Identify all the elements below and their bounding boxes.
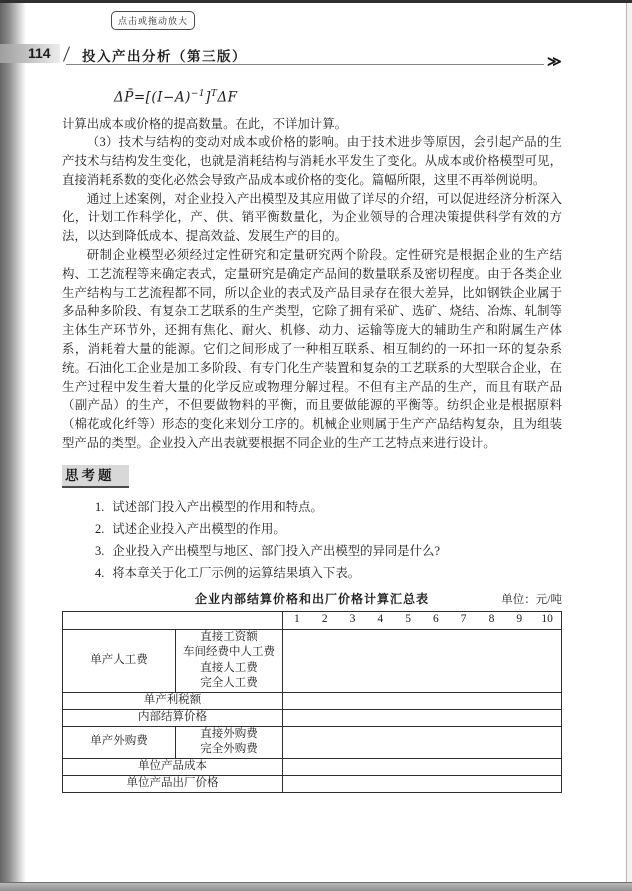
row-group-label: 单产外购费 [63, 726, 176, 758]
column-number: 4 [366, 612, 394, 628]
empty-data-cell[interactable] [283, 726, 562, 758]
column-number: 1 [283, 612, 311, 628]
column-number: 8 [478, 612, 506, 628]
running-head-title: 投入产出分析（第三版） [82, 45, 247, 65]
column-numbers-cell: 1 2 3 4 5 6 7 8 9 10 [283, 611, 562, 629]
row-label: 完全人工费 [176, 676, 282, 692]
question-number: 1. [95, 500, 104, 514]
page-right-margin [627, 3, 632, 883]
row-label: 直接外购费 [176, 727, 282, 743]
question-text: 将本章关于化工厂示例的运算结果填入下表。 [112, 566, 360, 580]
body-paragraph: 研制企业模型必须经过定性研究和定量研究两个阶段。定性研究是根据企业的生产结构、工… [62, 246, 562, 453]
column-number: 10 [533, 612, 561, 628]
question-item: 2.试述企业投入产出模型的作用。 [62, 518, 562, 540]
question-text: 试述企业投入产出模型的作用。 [112, 522, 285, 536]
column-number: 5 [394, 612, 422, 628]
table-row: 单产利税额 [63, 692, 562, 709]
formula-pre: ΔP̄=[(I−A) [114, 90, 191, 106]
body-paragraph: 计算出成本或价格的提高数量。在此，不详加计算。 [62, 115, 562, 134]
question-item: 4.将本章关于化工厂示例的运算结果填入下表。 [62, 562, 562, 584]
book-scan-viewer: { "viewer": { "zoom_hint": "点击或拖动放大" }, … [0, 0, 632, 891]
question-list: 1.试述部门投入产出模型的作用和特点。 2.试述企业投入产出模型的作用。 3.企… [62, 496, 562, 584]
table-row: 单产人工费 直接工资额 车间经费中人工费 直接人工费 完全人工费 [63, 629, 562, 692]
page-left-shadow [0, 3, 26, 883]
table-unit-label: 单位：元/吨 [501, 591, 562, 610]
page-content[interactable]: ΔP̄=[(I−A)−1]TΔF 计算出成本或价格的提高数量。在此，不详加计算。… [62, 84, 562, 793]
header-separator [63, 46, 70, 61]
formula-exponent-inverse: −1 [191, 89, 205, 99]
row-sub-labels: 直接工资额 车间经费中人工费 直接人工费 完全人工费 [176, 629, 283, 692]
empty-data-cell[interactable] [283, 758, 562, 775]
page-top-edge [0, 0, 632, 3]
price-summary-table: 1 2 3 4 5 6 7 8 9 10 单 [62, 611, 562, 793]
row-sub-labels: 直接外购费 完全外购费 [176, 726, 283, 758]
page-bottom-shadow [0, 882, 632, 891]
column-number: 2 [311, 612, 339, 628]
row-label: 内部结算价格 [63, 709, 283, 726]
empty-data-cell[interactable] [283, 692, 562, 709]
question-number: 2. [95, 522, 104, 536]
column-numbers: 1 2 3 4 5 6 7 8 9 10 [283, 612, 561, 629]
row-group-label: 单产人工费 [63, 629, 176, 692]
empty-data-cell[interactable] [283, 629, 562, 692]
body-paragraph: 通过上述案例，对企业投入产出模型及其应用做了详尽的介绍，可以促进经济分析深入化，… [62, 190, 562, 246]
header-rule [66, 64, 544, 65]
row-label: 单位产品出厂价格 [63, 775, 283, 792]
question-text: 试述部门投入产出模型的作用和特点。 [112, 500, 323, 514]
question-number: 4. [95, 566, 104, 580]
page-right-edge [626, 3, 627, 883]
summary-table-block: 企业内部结算价格和出厂价格计算汇总表 单位：元/吨 1 2 3 4 5 6 [62, 590, 562, 793]
empty-data-cell[interactable] [283, 709, 562, 726]
table-row: 1 2 3 4 5 6 7 8 9 10 [63, 611, 562, 629]
page-number: 114 [28, 45, 51, 61]
question-item: 3.企业投入产出模型与地区、部门投入产出模型的异同是什么? [62, 540, 562, 562]
question-text: 企业投入产出模型与地区、部门投入产出模型的异同是什么? [112, 544, 440, 558]
price-change-formula: ΔP̄=[(I−A)−1]TΔF [114, 84, 562, 108]
question-item: 1.试述部门投入产出模型的作用和特点。 [62, 496, 562, 518]
corner-cell [63, 611, 283, 629]
table-row: 单位产品出厂价格 [63, 775, 562, 792]
exercises-heading: 思考题 [62, 465, 129, 488]
table-caption: 企业内部结算价格和出厂价格计算汇总表 单位：元/吨 [62, 590, 562, 606]
formula-post: ΔF [217, 90, 237, 106]
column-number: 6 [422, 612, 450, 628]
row-label: 直接工资额 [176, 630, 282, 646]
column-number: 7 [450, 612, 478, 628]
row-label: 完全外购费 [176, 742, 282, 758]
chevron-right-icon: ≫ [547, 54, 562, 71]
table-title: 企业内部结算价格和出厂价格计算汇总表 [62, 590, 562, 609]
row-label: 单位产品成本 [63, 758, 283, 775]
table-row: 单产外购费 直接外购费 完全外购费 [63, 726, 562, 758]
empty-data-cell[interactable] [283, 775, 562, 792]
table-row: 单位产品成本 [63, 758, 562, 775]
zoom-hint-badge[interactable]: 点击或拖动放大 [111, 11, 195, 30]
table-row: 内部结算价格 [63, 709, 562, 726]
column-number: 3 [339, 612, 367, 628]
row-label: 单产利税额 [63, 692, 283, 709]
row-label: 直接人工费 [176, 661, 282, 677]
row-label: 车间经费中人工费 [176, 645, 282, 661]
column-number: 9 [505, 612, 533, 628]
question-number: 3. [95, 544, 104, 558]
body-paragraph: （3）技术与结构的变动对成本或价格的影响。由于技术进步等原因，会引起产品的生产技… [62, 133, 562, 189]
